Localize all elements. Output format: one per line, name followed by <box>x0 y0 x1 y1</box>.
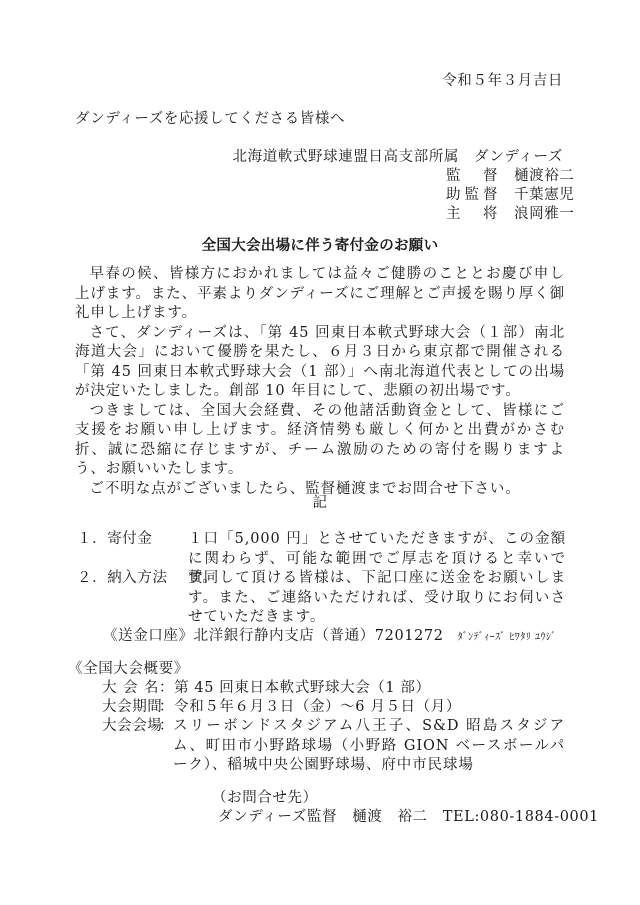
item-text-payment: 賛同して頂ける皆様は、下記口座に送金をお願いします。また、ご連絡いただければ、受… <box>188 569 566 628</box>
contact-line: ダンディーズ監督 樋渡 裕二 TEL:080-1884-0001 <box>218 808 599 828</box>
organization: 北海道軟式野球連盟日高支部所属 ダンディーズ <box>233 148 563 168</box>
addressee: ダンディーズを応援してくださる皆様へ <box>75 110 345 130</box>
overview-row-name: 大会名：第 45 回東日本軟式野球大会（1 部） <box>102 679 431 699</box>
item-label-payment: ２．納入方法 <box>77 569 168 589</box>
body-text: 早春の候、皆様方におかれましては益々ご健勝のこととお慶び申し上げます。また、平素… <box>75 265 565 499</box>
signatory-assistant-manager: 助監督千葉憲児 <box>446 186 574 206</box>
signatory-name: 浪岡雅一 <box>514 205 574 225</box>
overview-row-period: 大会期間：令和５年６月３日（金）～6 月５日（月） <box>102 698 461 718</box>
signatory-name: 樋渡裕二 <box>514 167 574 187</box>
letter-page: 令和５年３月吉日 ダンディーズを応援してくださる皆様へ 北海道軟式野球連盟日高支… <box>0 0 640 905</box>
signatory-role: 主将 <box>446 205 498 225</box>
account-bank: 北洋銀行静内支店（普通）7201272 <box>194 628 444 644</box>
account-label: 《送金口座》 <box>103 628 194 644</box>
document-title: 全国大会出場に伴う寄付金のお願い <box>0 237 640 257</box>
account-line: 《送金口座》北洋銀行静内支店（普通）7201272ﾀﾞﾝﾃﾞｨｰｽﾞ ﾋﾜﾀﾘ … <box>103 627 556 648</box>
overview-label: 大会会場 <box>102 717 159 737</box>
overview-value: 令和５年６月３日（金）～6 月５日（月） <box>174 699 461 715</box>
signatory-name: 千葉憲児 <box>514 186 574 206</box>
paragraph-request: つきましては、全国大会経費、その他諸活動資金として、皆様にご支援をお願い申し上げ… <box>75 402 565 480</box>
overview-row-venue: 大会会場： <box>102 717 174 737</box>
ki-heading: 記 <box>0 494 640 514</box>
paragraph-announcement: さて、ダンディーズは、「第 45 回東日本軟式野球大会（１部）南北海道大会」にお… <box>75 324 565 402</box>
item-label-donation: １．寄付金 <box>77 530 153 550</box>
letter-date: 令和５年３月吉日 <box>442 72 563 92</box>
signatory-manager: 監督樋渡裕二 <box>446 167 574 187</box>
overview-label: 大会期間 <box>102 698 159 718</box>
contact-heading: （お問合せ先） <box>212 789 318 809</box>
overview-value: 第 45 回東日本軟式野球大会（1 部） <box>174 680 431 696</box>
signatory-captain: 主将浪岡雅一 <box>446 205 574 225</box>
account-holder: ﾀﾞﾝﾃﾞｨｰｽﾞ ﾋﾜﾀﾘ ﾕｳｼﾞ <box>458 632 557 643</box>
signatory-role: 助監督 <box>446 186 498 206</box>
overview-heading: 《全国大会概要》 <box>68 660 189 680</box>
signatory-role: 監督 <box>446 167 498 187</box>
overview-label: 大会名 <box>102 679 159 699</box>
paragraph-greeting: 早春の候、皆様方におかれましては益々ご健勝のこととお慶び申し上げます。また、平素… <box>75 265 565 324</box>
overview-venue-value: スリーボンドスタジアム八王子、S&D 昭島スタジアム、町田市小野路球場（小野路 … <box>173 717 565 776</box>
